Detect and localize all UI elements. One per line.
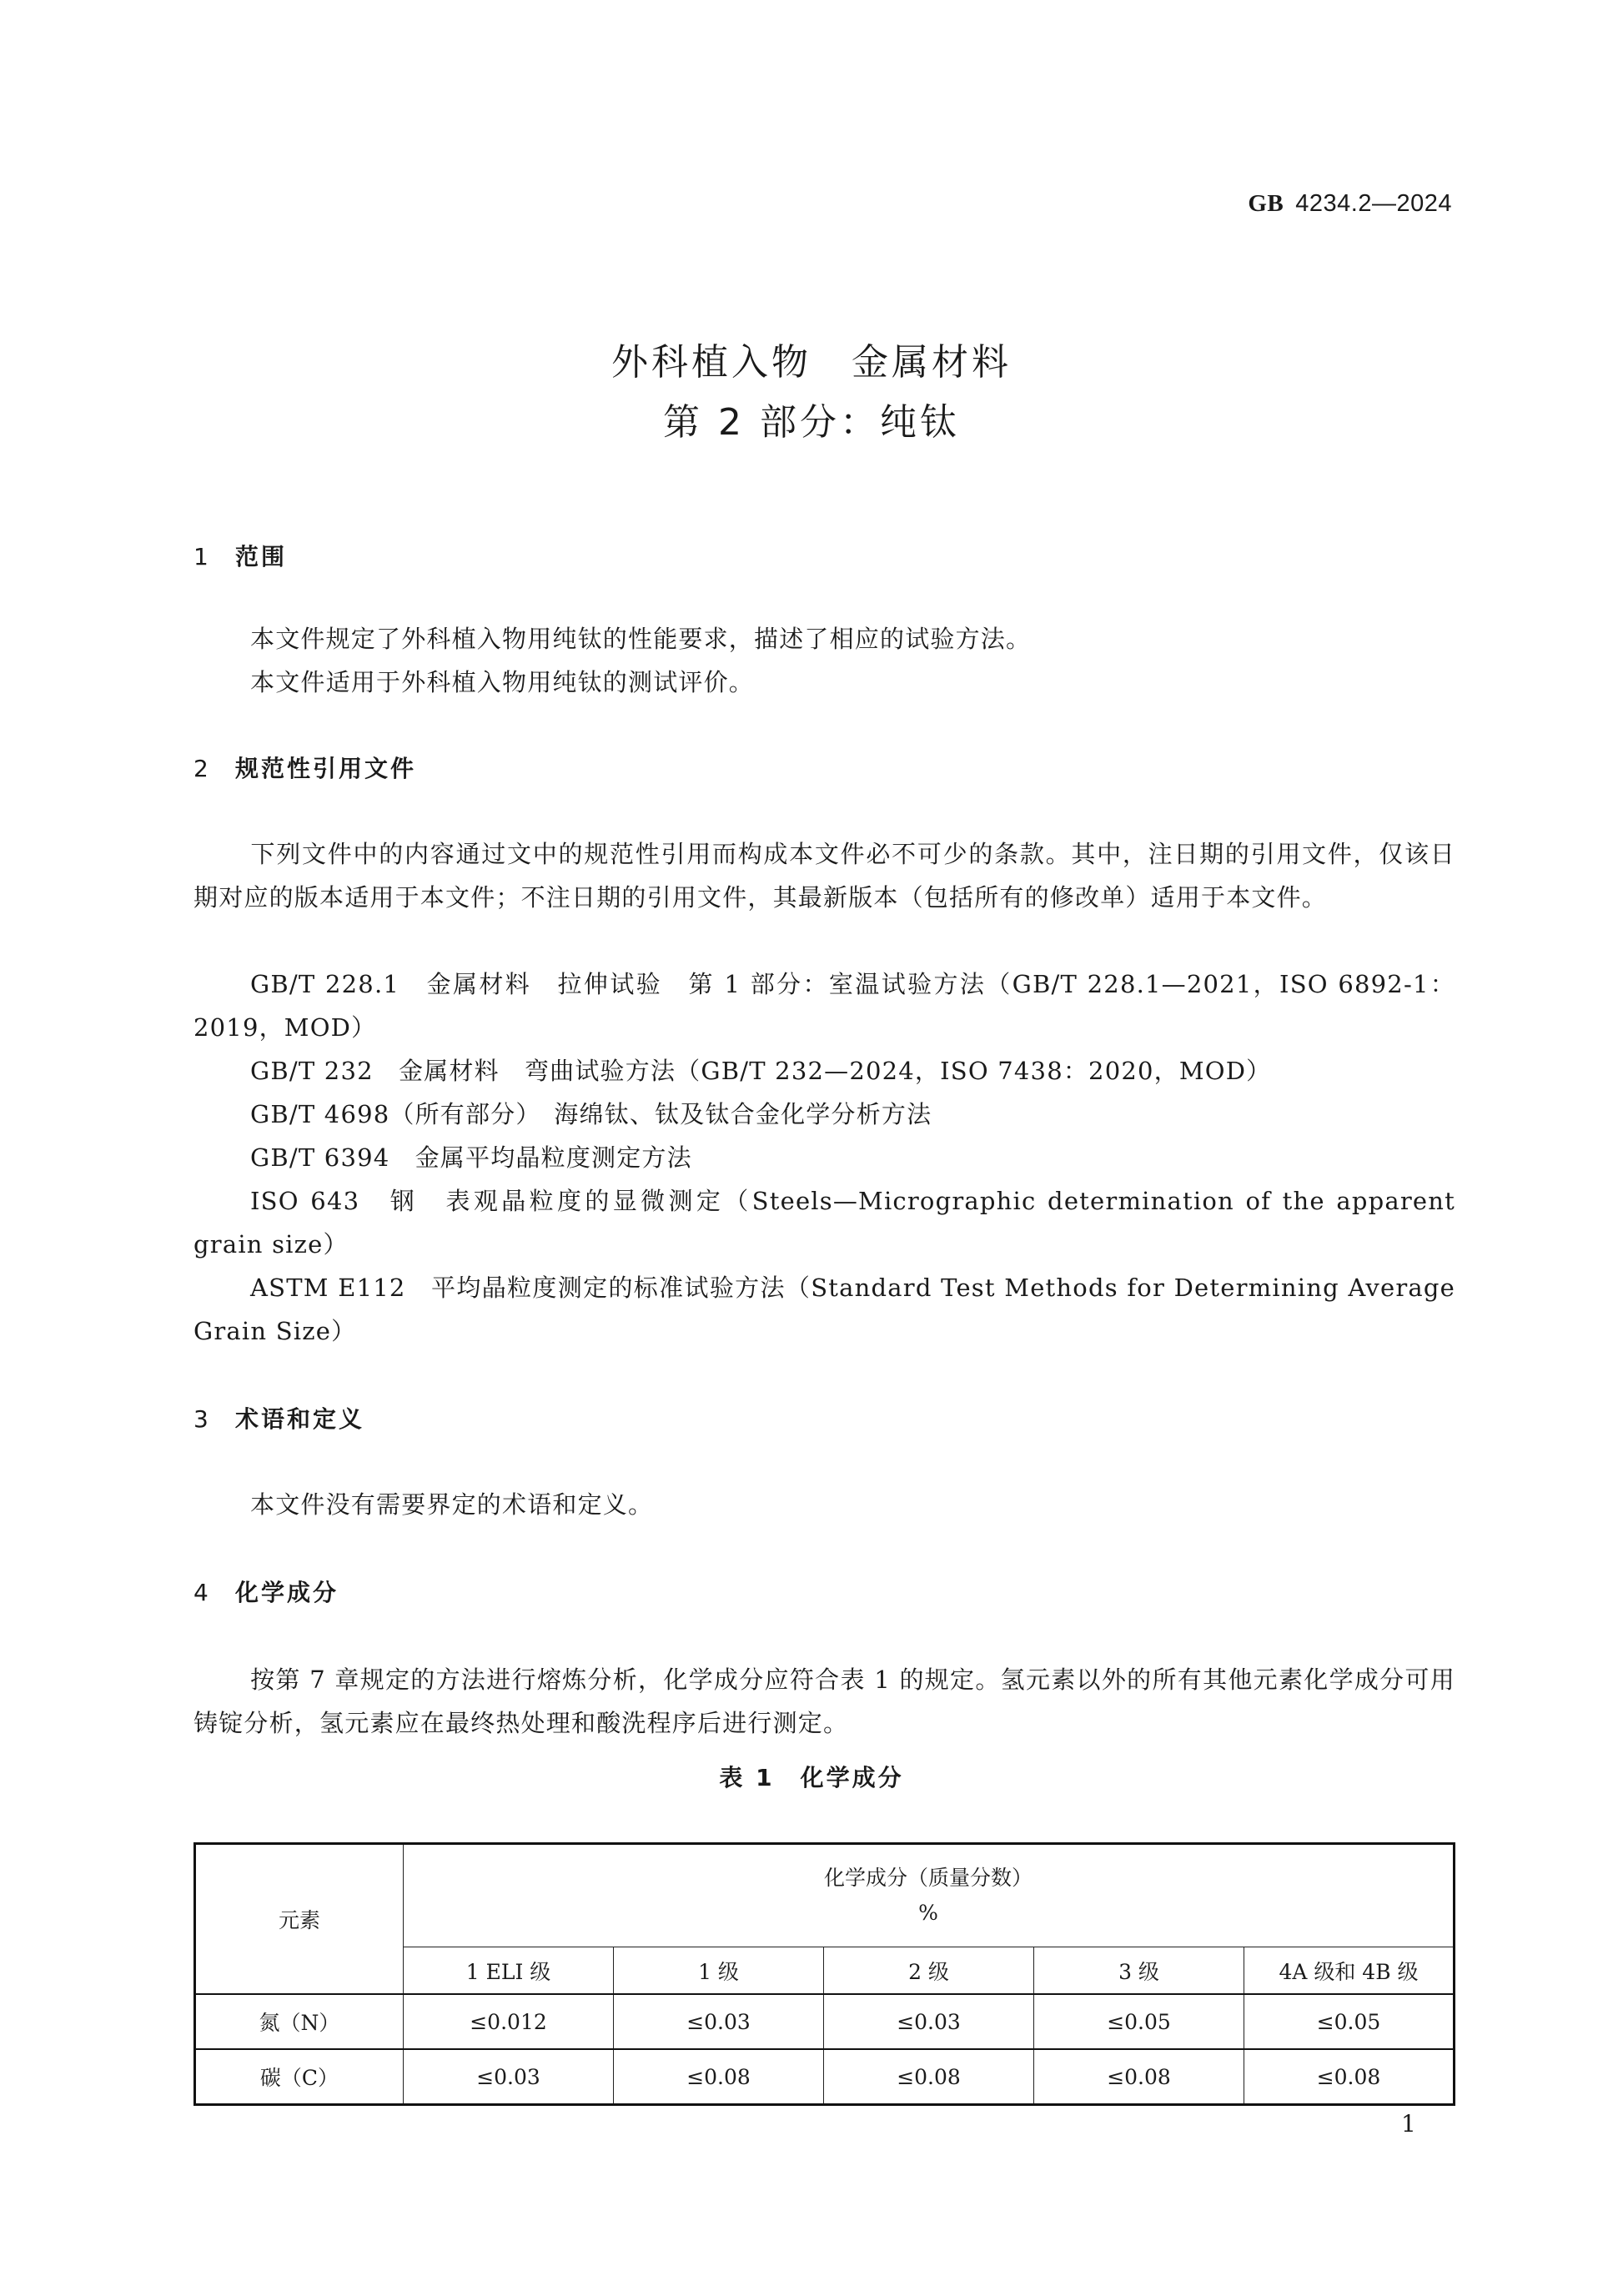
- value-cell: ≤0.03: [824, 1994, 1034, 2049]
- grade-header: 2 级: [824, 1947, 1034, 1995]
- reference-item: GB/T 4698（所有部分） 海绵钛、钛及钛合金化学分析方法: [193, 1093, 1455, 1136]
- section-title: 范围: [235, 543, 287, 570]
- grade-header: 1 ELI 级: [404, 1947, 614, 1995]
- section-heading-terms-definitions: 3术语和定义: [193, 1401, 364, 1434]
- grade-header: 3 级: [1034, 1947, 1244, 1995]
- element-cell: 碳（C）: [195, 2049, 404, 2105]
- table-row: 碳（C） ≤0.03 ≤0.08 ≤0.08 ≤0.08 ≤0.08: [195, 2049, 1455, 2105]
- reference-item: GB/T 6394 金属平均晶粒度测定方法: [193, 1136, 1455, 1179]
- value-cell: ≤0.05: [1244, 1994, 1455, 2049]
- standard-code: GB4234.2—2024: [1248, 190, 1452, 218]
- grade-header: 1 级: [614, 1947, 824, 1995]
- paragraph: 下列文件中的内容通过文中的规范性引用而构成本文件必不可少的条款。其中，注日期的引…: [193, 832, 1455, 919]
- value-cell: ≤0.05: [1034, 1994, 1244, 2049]
- document-title-line1: 外科植入物 金属材料: [0, 332, 1623, 385]
- page-number: 1: [1401, 2110, 1416, 2138]
- value-cell: ≤0.03: [404, 2049, 614, 2105]
- unit-label: %: [404, 1896, 1453, 1931]
- reference-item: GB/T 232 金属材料 弯曲试验方法（GB/T 232—2024，ISO 7…: [193, 1049, 1455, 1093]
- document-title-line2: 第 2 部分：纯钛: [0, 392, 1623, 445]
- section-title: 术语和定义: [235, 1405, 364, 1433]
- section-number: 4: [193, 1579, 235, 1606]
- value-cell: ≤0.08: [614, 2049, 824, 2105]
- value-cell: ≤0.03: [614, 1994, 824, 2049]
- section-title: 规范性引用文件: [235, 755, 416, 782]
- value-cell: ≤0.08: [1244, 2049, 1455, 2105]
- standard-number: 4234.2—2024: [1295, 190, 1452, 217]
- value-cell: ≤0.08: [824, 2049, 1034, 2105]
- standard-prefix: GB: [1248, 190, 1284, 217]
- table-row: 氮（N） ≤0.012 ≤0.03 ≤0.03 ≤0.05 ≤0.05: [195, 1994, 1455, 2049]
- grade-header: 4A 级和 4B 级: [1244, 1947, 1455, 1995]
- section-number: 2: [193, 755, 235, 782]
- value-cell: ≤0.012: [404, 1994, 614, 2049]
- section-heading-scope: 1范围: [193, 539, 287, 572]
- section-title: 化学成分: [235, 1579, 339, 1606]
- section-heading-normative-references: 2规范性引用文件: [193, 751, 416, 784]
- section-number: 3: [193, 1405, 235, 1433]
- section-number: 1: [193, 543, 235, 570]
- composition-group-header: 化学成分（质量分数） %: [404, 1844, 1455, 1947]
- value-cell: ≤0.08: [1034, 2049, 1244, 2105]
- paragraph: 本文件规定了外科植入物用纯钛的性能要求，描述了相应的试验方法。: [193, 617, 1455, 661]
- element-column-header: 元素: [195, 1844, 404, 1995]
- element-cell: 氮（N）: [195, 1994, 404, 2049]
- reference-item: GB/T 228.1 金属材料 拉伸试验 第 1 部分：室温试验方法（GB/T …: [193, 962, 1455, 1049]
- chemical-composition-table: 元素 化学成分（质量分数） % 1 ELI 级 1 级 2 级 3 级 4A 级…: [193, 1842, 1455, 2106]
- reference-item: ISO 643 钢 表观晶粒度的显微测定（Steels—Micrographic…: [193, 1179, 1455, 1266]
- table-caption: 表 1 化学成分: [0, 1760, 1623, 1793]
- paragraph: 按第 7 章规定的方法进行熔炼分析，化学成分应符合表 1 的规定。氢元素以外的所…: [193, 1658, 1455, 1745]
- paragraph: 本文件适用于外科植入物用纯钛的测试评价。: [193, 661, 1455, 704]
- section-heading-chemical-composition: 4化学成分: [193, 1575, 339, 1608]
- reference-item: ASTM E112 平均晶粒度测定的标准试验方法（Standard Test M…: [193, 1266, 1455, 1353]
- paragraph: 本文件没有需要界定的术语和定义。: [193, 1483, 1455, 1526]
